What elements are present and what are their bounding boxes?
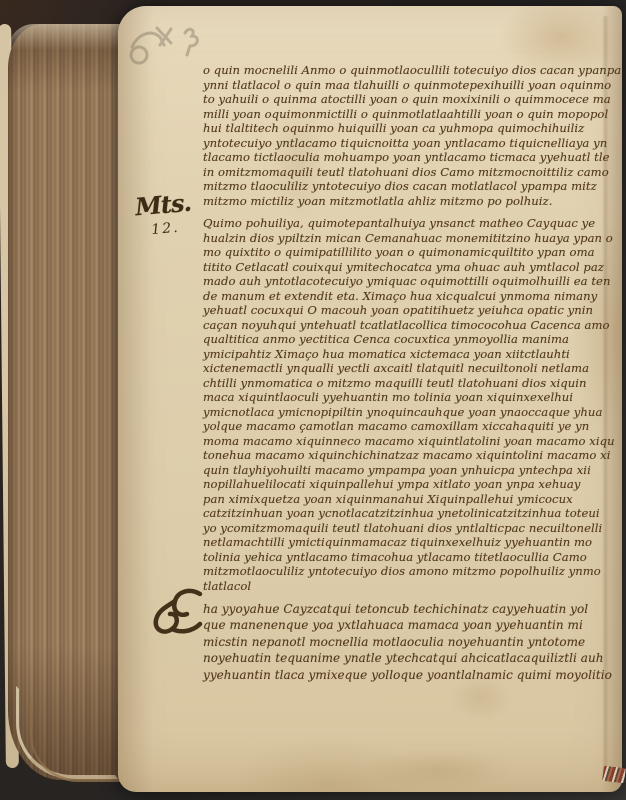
manuscript-line: noyehuatin tequanime ynatle ytechcatqui … (203, 650, 609, 666)
manuscript-line: tlacamo tictlaoculia mohuampo yoan yntla… (203, 150, 609, 165)
manuscript-line: milli yoan oquimonmictilli o quinmotlatl… (203, 107, 609, 122)
handwritten-text-block: o quin mocnelili Anmo o quinmotlaocullil… (203, 63, 609, 691)
manuscript-line: maca xiquintlaoculi yyehuantin mo tolini… (203, 390, 609, 405)
manuscript-line: titito Cetlacatl couixqui ymitechocatca … (203, 260, 609, 275)
manuscript-line: qualtitica anmo yectitica Cenca cocuxtic… (203, 332, 609, 347)
manuscript-line: moma macamo xiquinneco macamo xiquintlat… (203, 434, 609, 449)
manuscript-line: tlatlacol (203, 579, 609, 594)
manuscript-line: in omitzmomaquili teutl tlatohuani dios … (203, 165, 609, 180)
manuscript-line: ymicnotlaca ymicnopipiltin ynoquincauhqu… (203, 405, 609, 420)
manuscript-line: to yahuili o quinma atoctilli yoan o qui… (203, 92, 609, 107)
manuscript-line: caçan noyuhqui yntehuatl tcatlatlacollic… (203, 318, 609, 333)
manuscript-line: pan ximixquetza yoan xiquinmanahui Xiqui… (203, 492, 609, 507)
faded-ink-scribble-icon (124, 16, 206, 68)
manuscript-line: quin tlayhiyohuilti macamo ympampa yoan … (203, 463, 609, 478)
manuscript-line: ynni tlatlacol o quin maa tlahuilli o qu… (203, 78, 609, 93)
manuscript-line: o quin mocnelili Anmo o quinmotlaocullil… (203, 63, 609, 78)
manuscript-line: yntotecuiyo yntlacamo tiquicnoitta yoan … (203, 136, 609, 151)
marbled-book-edge (602, 766, 626, 784)
manuscript-line: nopillahuelilocati xiquinpallehui ympa x… (203, 477, 609, 492)
manuscript-line: xictenemactli ynqualli yectli axcaitl tl… (203, 361, 609, 376)
paragraph: Quimo pohuiliya, quimotepantalhuiya ynsa… (203, 216, 609, 593)
manuscript-line: mitzmo tlaoculiliz yntotecuiyo dios caca… (203, 179, 609, 194)
manuscript-line: que manenenque yoa yxtlahuaca mamaca yoa… (203, 617, 609, 633)
manuscript-line: ymicipahtiz Ximaço hua momatica xictemac… (203, 347, 609, 362)
manuscript-line: hualzin dios ypiltzin mican Cemanahuac m… (203, 231, 609, 246)
manuscript-line: mo quixtito o quimipatillilito yoan o qu… (203, 245, 609, 260)
manuscript-line: catzitzinhuan yoan ycnotlacatzitzinhua y… (203, 506, 609, 521)
manuscript-line: yyehuantin tlaca ymixeque yolloque yoant… (203, 667, 609, 683)
manuscript-line: tonehua macamo xiquinchichinatzaz macamo… (203, 448, 609, 463)
manuscript-line: de manum et extendit eta. Ximaço hua xic… (203, 289, 609, 304)
manuscript-line: netlamachtilli ymictiquinmamacaz tiquinx… (203, 535, 609, 550)
manuscript-line: micstin nepanotl mocnellia motlaoculia n… (203, 634, 609, 650)
manuscript-line: yehuatl cocuxqui O macouh yoan opatitihu… (203, 303, 609, 318)
gospel-reference: Mts. (134, 188, 192, 222)
manuscript-line: mitzmotlaoculiliz yntotecuiyo dios amono… (203, 564, 609, 579)
manuscript-line: mado auh yntotlacotecuiyo ymiquac oquimo… (203, 274, 609, 289)
manuscript-line: hui tlaltitech oquinmo huiquilli yoan ca… (203, 121, 609, 136)
manuscript-line: Quimo pohuiliya, quimotepantalhuiya ynsa… (203, 216, 609, 231)
manuscript-line: tolinia yehica yntlacamo timacohua ytlac… (203, 550, 609, 565)
paragraph: ha yyoyahue Cayzcatqui tetoncub techichi… (203, 601, 609, 683)
margin-note: Mts. 12. (134, 188, 193, 240)
manuscript-line: yolque macamo çamotlan macamo camoxillam… (203, 419, 609, 434)
paragraph: o quin mocnelili Anmo o quinmotlaocullil… (203, 63, 609, 208)
manuscript-line: mitzmo mictiliz yoan mitzmotlatla ahliz … (203, 194, 609, 209)
drop-initial-flourish (150, 584, 206, 642)
manuscript-photo: Mts. 12. o quin mocnelili Anmo o quinmot… (0, 0, 626, 800)
manuscript-line: ha yyoyahue Cayzcatqui tetoncub techichi… (203, 601, 609, 617)
manuscript-line: chtilli ynmomatica o mitzmo maquilli teu… (203, 376, 609, 391)
parchment-stain (364, 748, 514, 792)
manuscript-line: yo ycomitzmomaquili teutl tlatohuani dio… (203, 521, 609, 536)
